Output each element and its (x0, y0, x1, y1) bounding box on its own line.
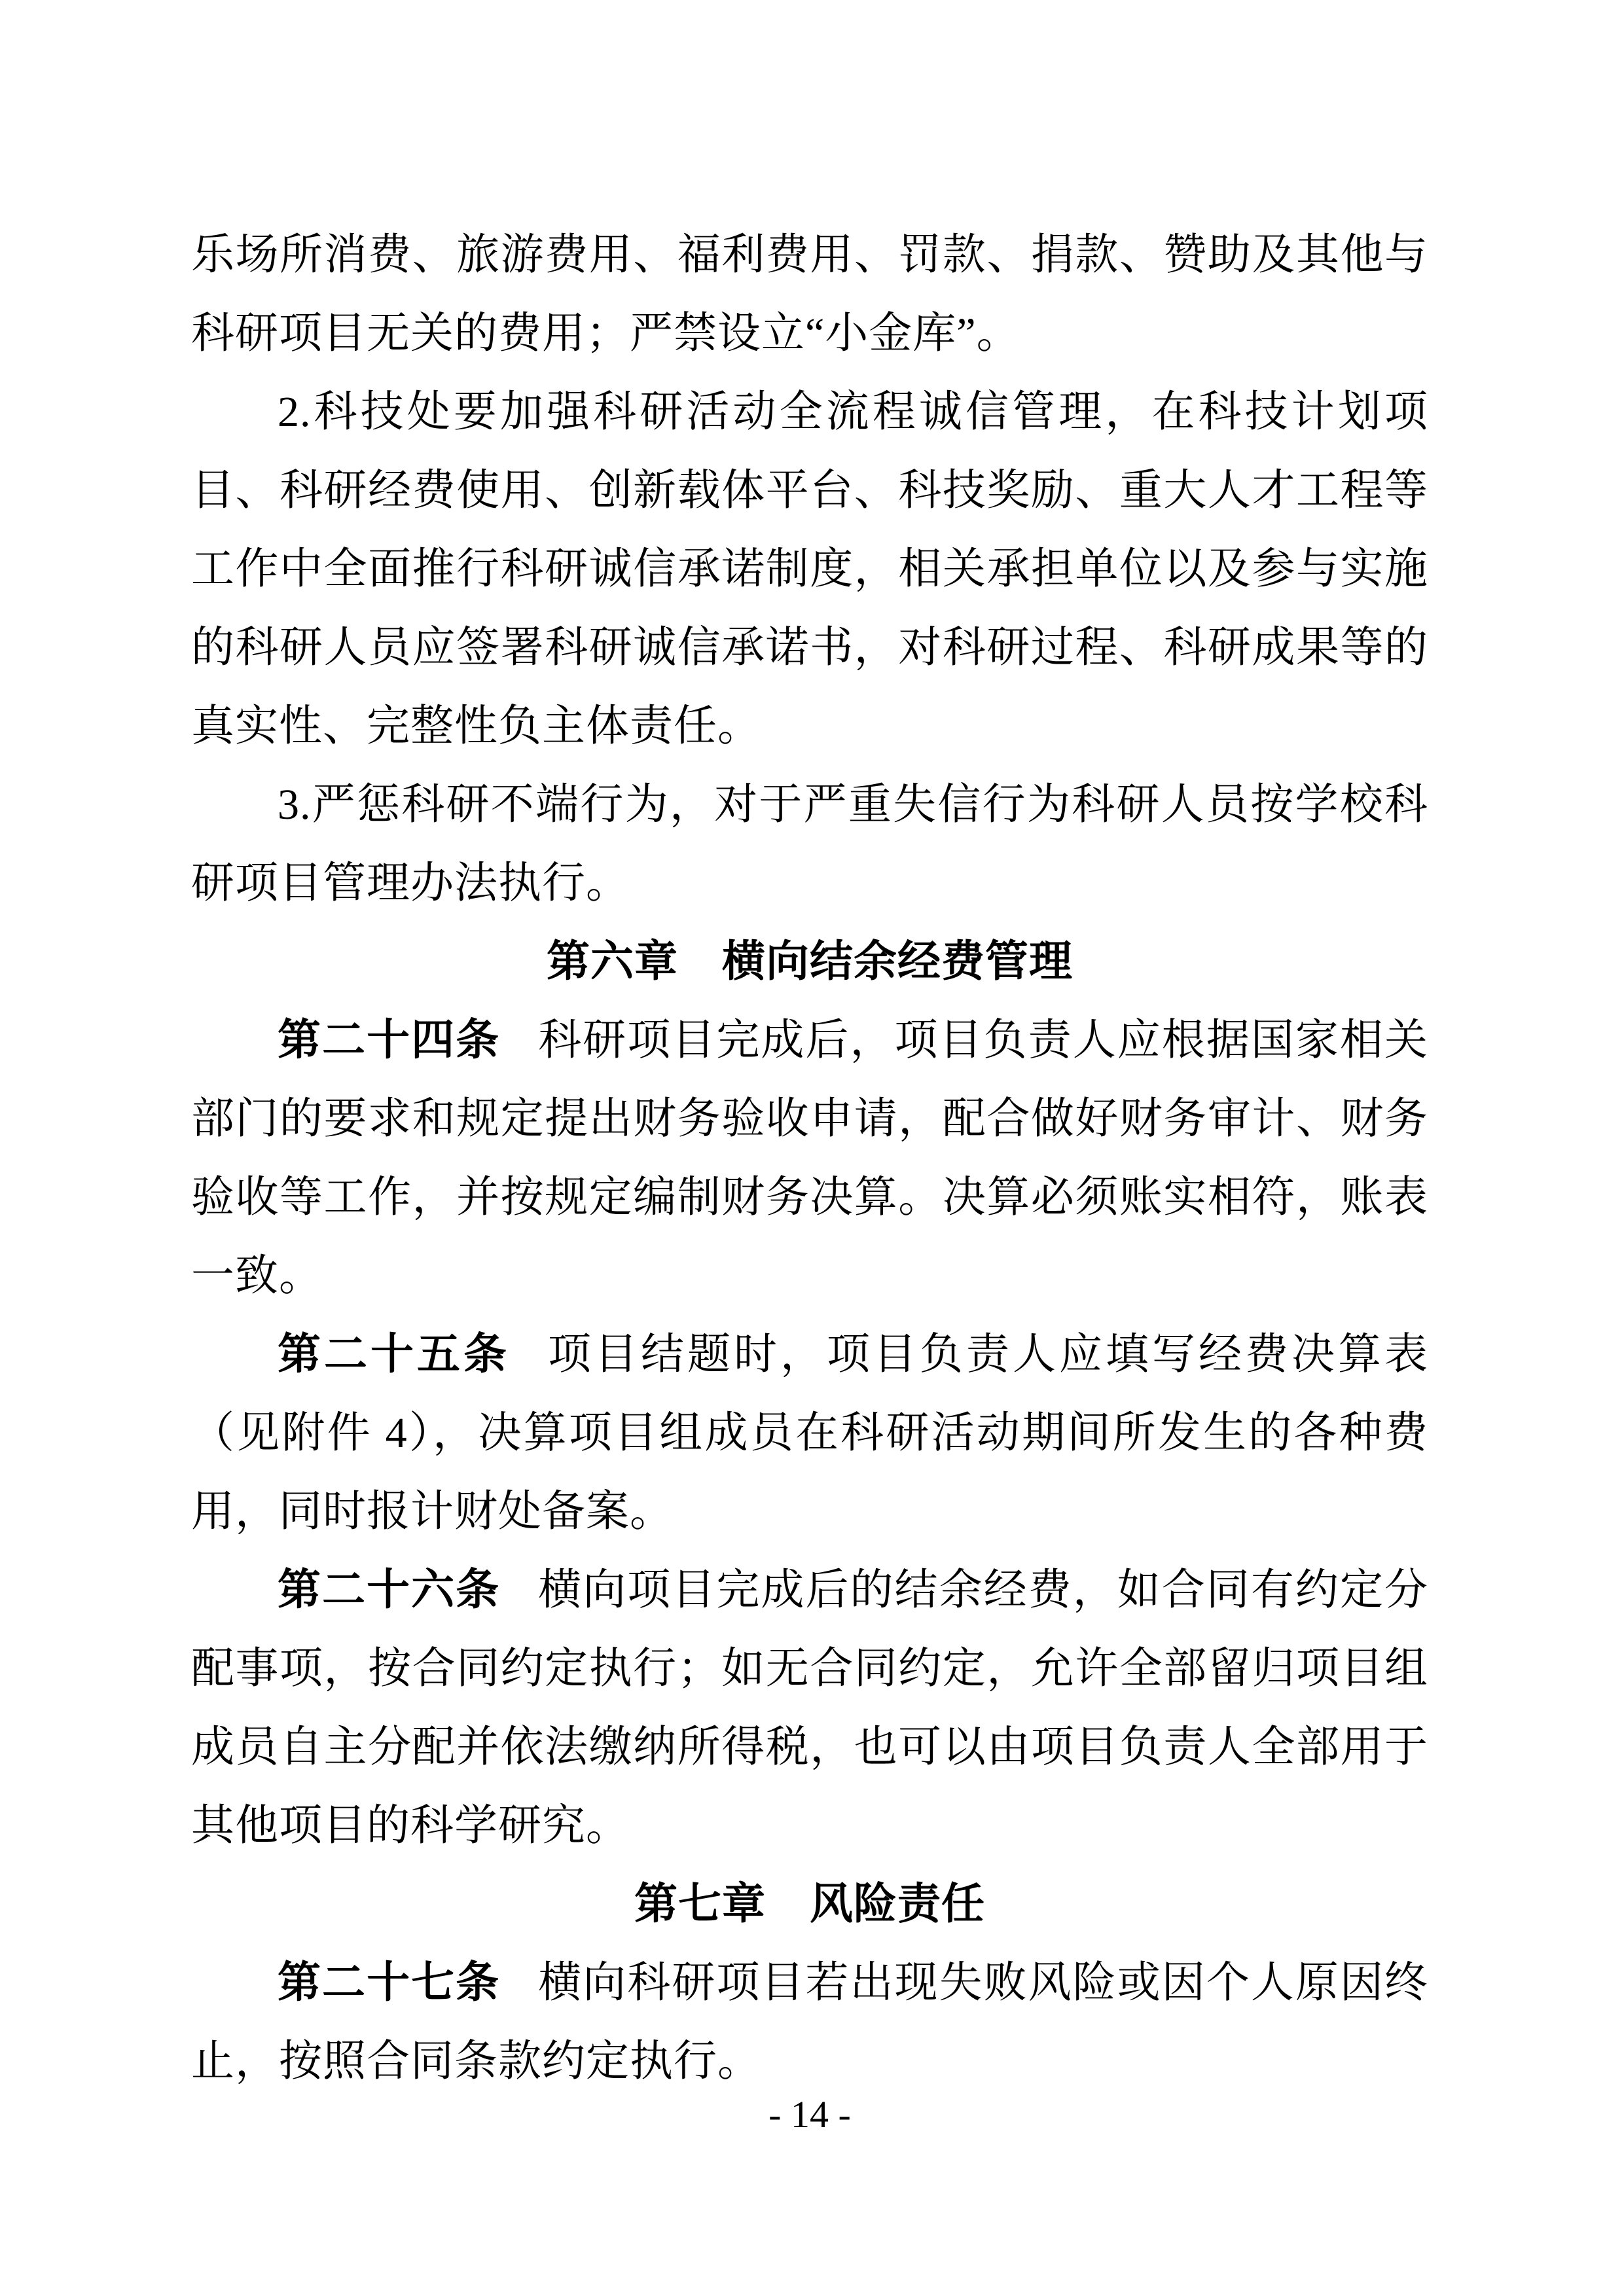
article-27: 第二十七条横向科研项目若出现失败风险或因个人原因终止，按照合同条款约定执行。 (191, 1944, 1428, 2101)
article-26: 第二十六条横向项目完成后的结余经费，如合同有约定分配事项，按合同约定执行；如无合… (191, 1551, 1428, 1865)
article-25: 第二十五条项目结题时，项目负责人应填写经费决算表（见附件 4），决算项目组成员在… (191, 1316, 1428, 1551)
document-body: 乐场所消费、旅游费用、福利费用、罚款、捐款、赞助及其他与科研项目无关的费用；严禁… (191, 216, 1428, 2101)
article-24-number: 第二十四条 (278, 1016, 500, 1064)
document-page: 乐场所消费、旅游费用、福利费用、罚款、捐款、赞助及其他与科研项目无关的费用；严禁… (0, 0, 1624, 2296)
article-24: 第二十四条科研项目完成后，项目负责人应根据国家相关部门的要求和规定提出财务验收申… (191, 1001, 1428, 1316)
paragraph-item-2: 2.科技处要加强科研活动全流程诚信管理，在科技计划项目、科研经费使用、创新载体平… (191, 373, 1428, 766)
chapter-heading-7: 第七章 风险责任 (191, 1865, 1428, 1944)
article-25-number: 第二十五条 (278, 1331, 510, 1378)
article-27-number: 第二十七条 (278, 1959, 500, 2007)
page-number: - 14 - (768, 2093, 851, 2136)
paragraph-continuation: 乐场所消费、旅游费用、福利费用、罚款、捐款、赞助及其他与科研项目无关的费用；严禁… (191, 216, 1428, 373)
chapter-heading-6: 第六章 横向结余经费管理 (191, 923, 1428, 1001)
article-26-number: 第二十六条 (278, 1566, 500, 1614)
paragraph-item-3: 3.严惩科研不端行为，对于严重失信行为科研人员按学校科研项目管理办法执行。 (191, 766, 1428, 923)
page-footer: - 14 - (191, 2092, 1428, 2138)
